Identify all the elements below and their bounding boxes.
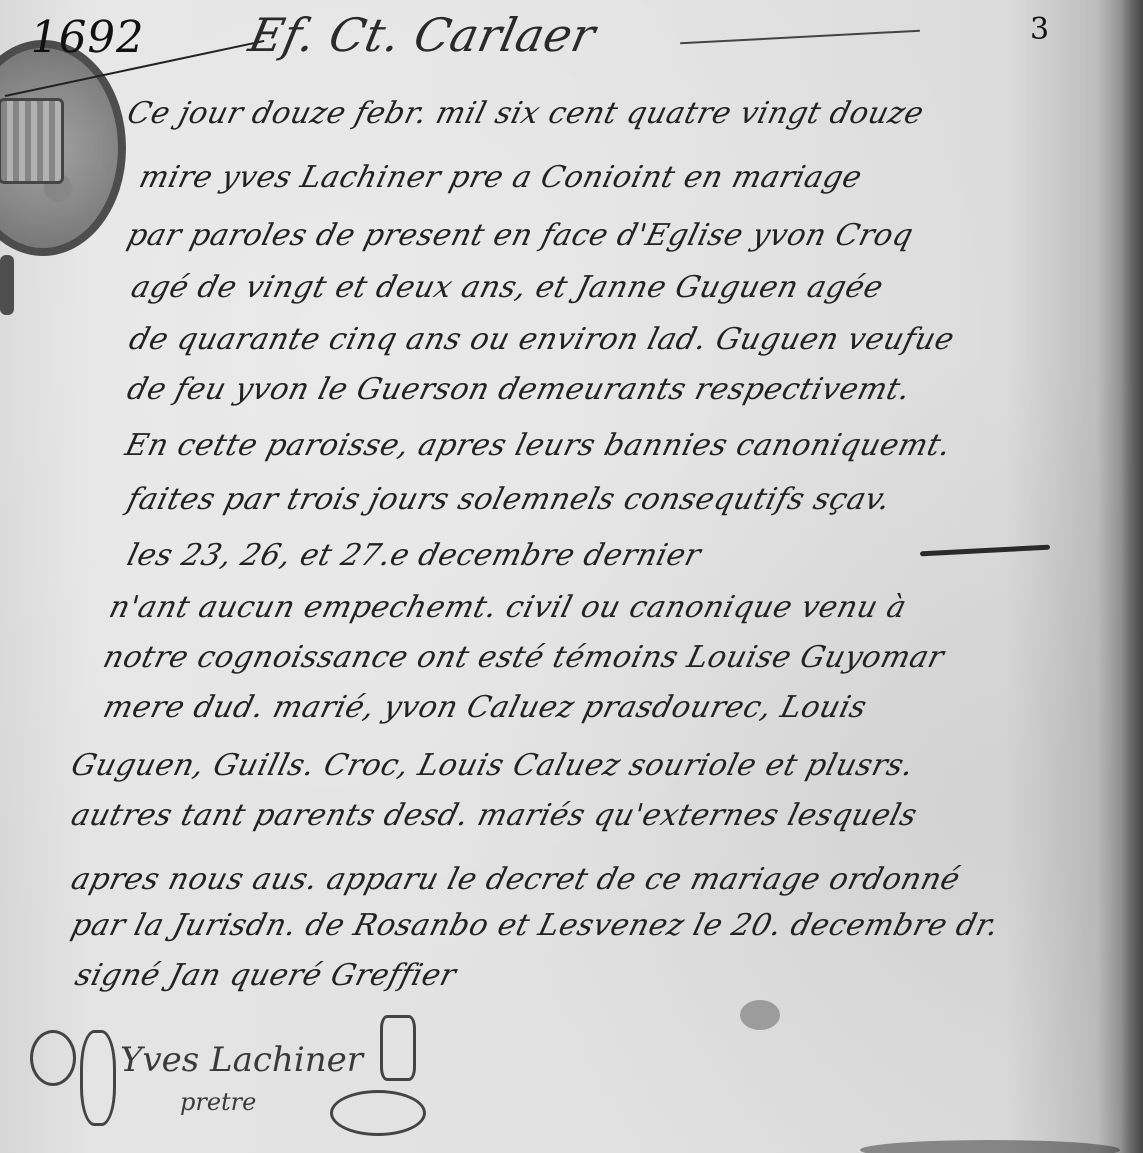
header-underline <box>680 30 920 45</box>
ink-stain <box>860 1140 1120 1153</box>
text-line: apres nous aus. apparu le decret de ce m… <box>68 862 964 897</box>
signature-primary: Yves Lachiner <box>120 1040 363 1080</box>
text-line: autres tant parents desd. mariés qu'exte… <box>68 798 921 833</box>
text-line: de quarante cinq ans ou environ lad. Gug… <box>126 322 958 357</box>
page-number: 3 <box>1030 12 1050 47</box>
witness-mark-icon <box>330 1090 426 1136</box>
record-year: 1692 <box>26 12 149 63</box>
text-line: de feu yvon le Guerson demeurants respec… <box>124 372 914 407</box>
text-line: mire yves Lachiner pre a Conioint en mar… <box>136 160 866 195</box>
signature-flourish-icon <box>30 1030 76 1086</box>
text-line: faites par trois jours solemnels consequ… <box>124 482 894 517</box>
text-line: signé Jan queré Greffier <box>72 958 460 993</box>
text-line: n'ant aucun empechemt. civil ou canoniqu… <box>106 590 910 625</box>
text-line: agé de vingt et deux ans, et Janne Gugue… <box>128 270 887 305</box>
text-line: notre cognoissance ont esté témoins Loui… <box>100 640 948 675</box>
text-line: par paroles de present en face d'Eglise … <box>124 218 917 253</box>
margin-ink-mark <box>0 255 14 315</box>
seal-shield-icon <box>0 98 64 184</box>
text-line: mere dud. marié, yvon Caluez prasdourec,… <box>100 690 871 725</box>
text-line: En cette paroisse, apres leurs bannies c… <box>122 428 955 463</box>
header-title: Ef. Ct. Carlaer <box>244 8 600 62</box>
text-line: Guguen, Guills. Croc, Louis Caluez souri… <box>68 748 918 783</box>
text-line: par la Jurisdn. de Rosanbo et Lesvenez l… <box>68 908 1003 943</box>
signature-title: pretre <box>180 1088 256 1116</box>
text-line: Ce jour douze febr. mil six cent quatre … <box>124 96 928 131</box>
signature-flourish-icon <box>80 1030 116 1126</box>
ink-stain <box>740 1000 780 1030</box>
witness-mark-icon <box>380 1015 416 1081</box>
text-line: les 23, 26, et 27.e decembre dernier <box>124 538 705 573</box>
manuscript-page: 1692 Ef. Ct. Carlaer 3 Ce jour douze feb… <box>0 0 1143 1153</box>
line-filler-stroke <box>920 545 1050 557</box>
